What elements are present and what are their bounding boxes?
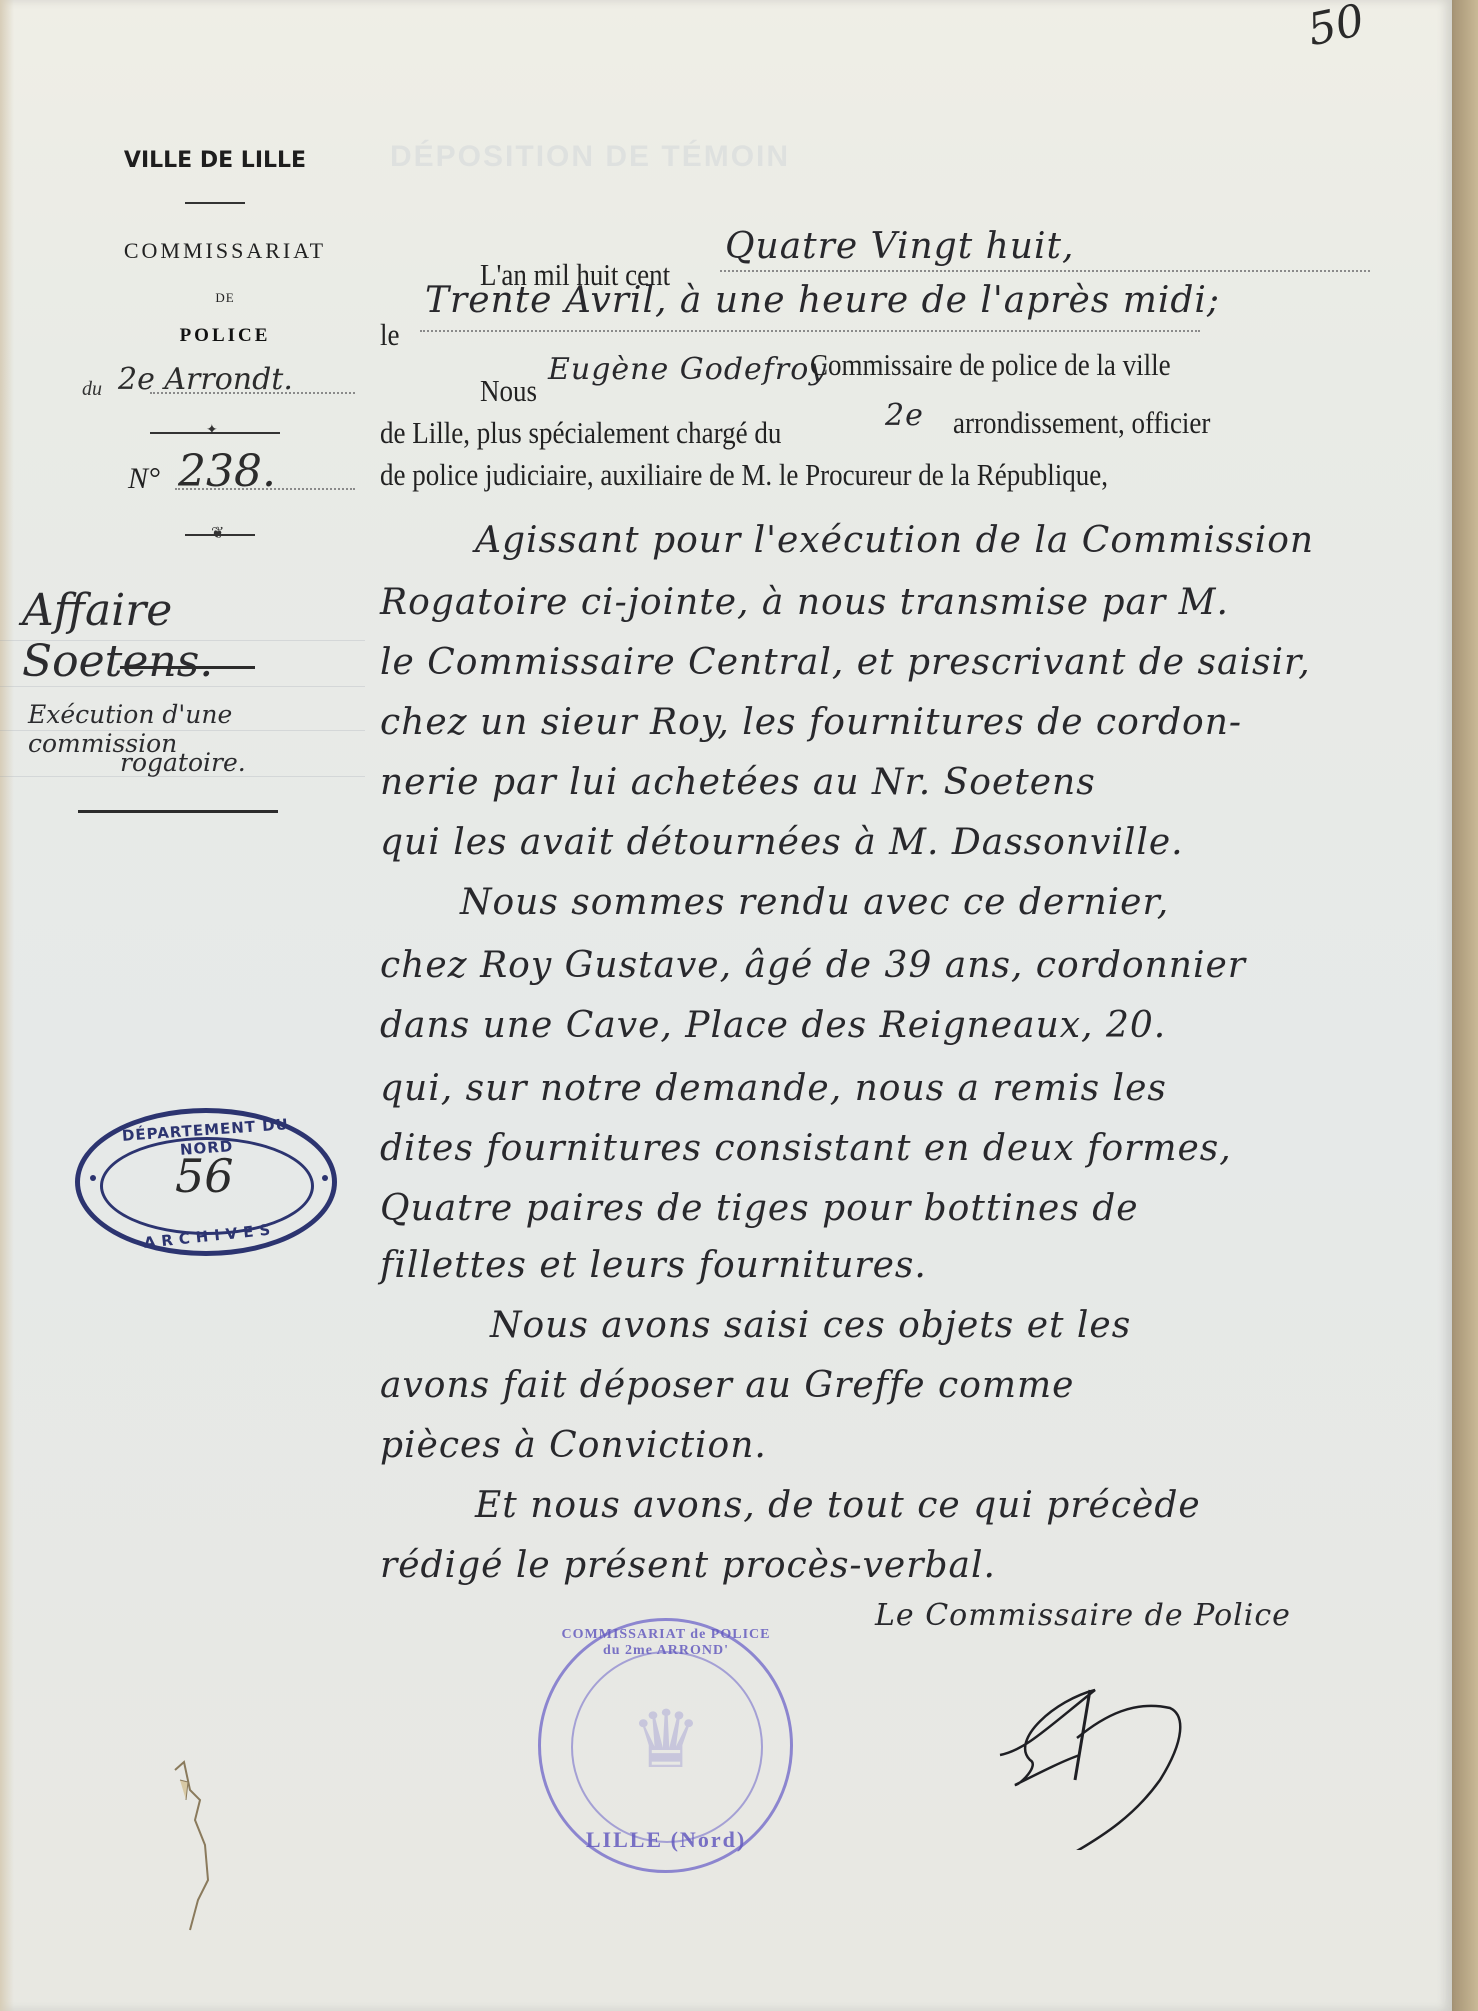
body-line: qui les avait détournées à M. Dassonvill… bbox=[380, 822, 1184, 863]
date-value: Trente Avril, à une heure de l'après mid… bbox=[425, 280, 1220, 321]
body-line: chez un sieur Roy, les fournitures de co… bbox=[380, 702, 1242, 743]
body-line: Agissant pour l'exécution de la Commissi… bbox=[475, 520, 1314, 561]
number-label: N° bbox=[128, 462, 160, 496]
year-dotted-line bbox=[720, 270, 1370, 272]
body-line: qui, sur notre demande, nous a remis les bbox=[380, 1068, 1167, 1109]
stamp-dot bbox=[322, 1175, 328, 1181]
body-line: Et nous avons, de tout ce qui précède bbox=[475, 1485, 1201, 1526]
role-text: Commissaire de police de la ville bbox=[810, 347, 1171, 383]
district-prefix: du bbox=[82, 378, 102, 401]
signature-title: Le Commissaire de Police bbox=[875, 1598, 1291, 1633]
office-title: COMMISSARIAT bbox=[90, 238, 360, 264]
folio-number: 50 bbox=[1303, 0, 1368, 56]
district-line-prefix: de Lille, plus spécialement chargé du bbox=[380, 415, 781, 451]
case-title: Affaire Soetens. bbox=[22, 585, 370, 687]
authority-line: de police judiciaire, auxiliaire de M. l… bbox=[380, 457, 1108, 493]
police-seal-stamp: ♛ COMMISSARIAT de POLICE du 2me ARROND' … bbox=[538, 1618, 793, 1873]
body-line: avons fait déposer au Greffe comme bbox=[380, 1365, 1074, 1406]
body-line: fillettes et leurs fournitures. bbox=[380, 1245, 927, 1286]
body-line: Nous avons saisi ces objets et les bbox=[490, 1305, 1131, 1346]
body-line: Nous sommes rendu avec ce dernier, bbox=[460, 882, 1169, 923]
ornament-divider bbox=[185, 202, 245, 204]
body-line: Rogatoire ci-jointe, à nous transmise pa… bbox=[380, 582, 1229, 623]
district-line-suffix: arrondissement, officier bbox=[953, 405, 1210, 441]
number-dotted-line bbox=[175, 488, 355, 490]
body-line: pièces à Conviction. bbox=[380, 1425, 767, 1466]
stamp-dot bbox=[90, 1175, 96, 1181]
bleed-through-text: DÉPOSITION DE TÉMOIN bbox=[390, 140, 790, 174]
body-line: dans une Cave, Place des Reigneaux, 20. bbox=[380, 1005, 1166, 1046]
document-page: DÉPOSITION DE TÉMOIN 50 VILLE DE LILLE C… bbox=[0, 0, 1452, 2011]
body-line: le Commissaire Central, et prescrivant d… bbox=[380, 642, 1311, 683]
ornament-divider bbox=[150, 432, 280, 434]
case-subject-line2: rogatoire. bbox=[120, 748, 246, 777]
office-title-police: POLICE bbox=[155, 325, 295, 347]
name-prefix: Nous bbox=[480, 373, 537, 409]
year-value: Quatre Vingt huit, bbox=[725, 226, 1074, 267]
archive-stamp: DÉPARTEMENT DU NORD 56 ARCHIVES bbox=[75, 1108, 337, 1256]
ornament-divider bbox=[185, 534, 255, 536]
police-seal-bottom-text: LILLE (Nord) bbox=[551, 1827, 781, 1853]
body-line: Quatre paires de tiges pour bottines de bbox=[380, 1188, 1139, 1229]
date-dotted-line bbox=[420, 330, 1200, 332]
body-line: rédigé le présent procès-verbal. bbox=[380, 1545, 996, 1586]
commissioner-name: Eugène Godefroy bbox=[548, 352, 827, 387]
seated-figure-emblem-icon: ♛ bbox=[611, 1681, 721, 1801]
date-prefix: le bbox=[380, 317, 400, 353]
body-line: dites fournitures consistant en deux for… bbox=[380, 1128, 1232, 1169]
underline-rule bbox=[78, 810, 278, 813]
district-dotted-line bbox=[150, 392, 355, 394]
archive-stamp-number: 56 bbox=[175, 1149, 234, 1203]
police-seal-top-text: COMMISSARIAT de POLICE du 2me ARROND' bbox=[551, 1627, 781, 1659]
underline-rule bbox=[120, 666, 255, 669]
body-line: nerie par lui achetées au Nr. Soetens bbox=[380, 762, 1096, 803]
city-header: VILLE DE LILLE bbox=[120, 148, 310, 173]
paper-tear bbox=[170, 1760, 230, 1940]
district-number: 2e bbox=[885, 398, 924, 433]
commissioner-signature: Godefroy bbox=[985, 1660, 1215, 1850]
office-title-de: DE bbox=[195, 290, 255, 306]
body-line: chez Roy Gustave, âgé de 39 ans, cordonn… bbox=[380, 945, 1246, 986]
